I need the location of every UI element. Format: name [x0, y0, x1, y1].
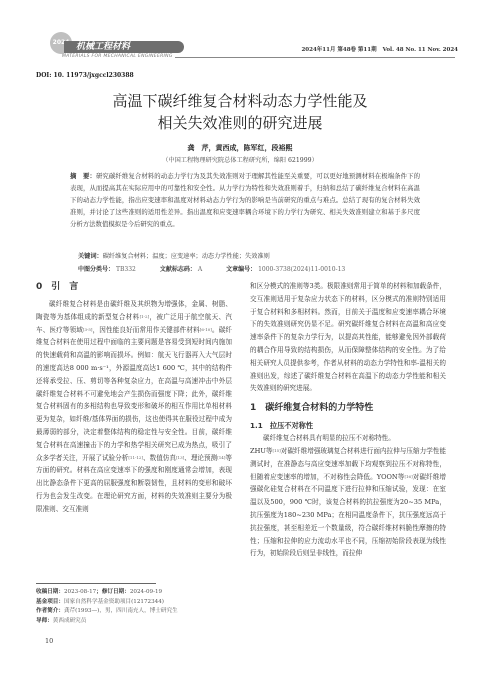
title-line-2: 相关失效准则的研究进展	[0, 112, 480, 134]
column-right: 和区分模式的准则等3类。极限准则常用于简单的材料和加载条件，交互准则适用于复杂应…	[250, 280, 446, 560]
text: 、数值仿真	[143, 454, 176, 462]
intro-paragraph: 碳纤维复合材料是由碳纤维及其织物为增强体，金属、树脂、陶瓷等为基体组成的新型复合…	[36, 298, 232, 516]
column-left: 0 引 言 碳纤维复合材料是由碳纤维及其织物为增强体，金属、树脂、陶瓷等为基体组…	[36, 280, 232, 516]
section-1-heading: 1 碳纤维复合材料的力学特性	[250, 401, 446, 415]
section-1-1-paragraph-1: 碳纤维复合材料具有明显的拉压不对称特性。	[250, 432, 446, 445]
text: 。碳纤维复合材料在使用过程中面临的主要问题是容易受到短时间内施加的快速载荷和高温…	[36, 326, 232, 462]
abstract-label: 摘 要：	[70, 172, 96, 180]
footnote-author: 作者简介：龚芹(1993—)，男，四川南充人，博士研究生	[36, 607, 178, 617]
label: 导师：	[36, 618, 53, 624]
header-divider	[175, 57, 455, 58]
affiliation: （中国工程物理研究院总体工程研究所，绵阳 621999）	[0, 155, 480, 164]
doc-code-label: 文献标志码：	[160, 266, 196, 273]
text: 对碳纤维增强碳化硅复合材料在不同温度下进行拉伸和压缩试验，发现：在室温以及500…	[250, 473, 446, 558]
label: 基金项目：	[36, 599, 64, 605]
text: 等方面的研究。材料在高应变速率下的强度和刚度通常会增加，表现出比静态条件下更高的…	[36, 454, 232, 513]
value: 黄西成研究员	[53, 618, 87, 624]
authors: 龚 芹，黄西成，陈军红，段裕熙	[0, 143, 480, 153]
citation[interactable]: [13]	[176, 455, 184, 460]
label: 收稿日期：	[36, 589, 64, 595]
value: 龚芹(1993—)，男，四川南充人，博士研究生	[64, 608, 178, 614]
footnotes: 收稿日期：2023-08-17；修订日期：2024-09-19 基金项目：国家自…	[36, 588, 178, 626]
keywords: 关键词：碳纤维复合材料；温度；应变速率；动态力学性能；失效准则	[78, 251, 270, 260]
title-line-1: 高温下碳纤维复合材料动态力学性能及	[0, 90, 480, 112]
intro-paragraph-continued: 和区分模式的准则等3类。极限准则常用于简单的材料和加载条件，交互准则适用于复杂应…	[250, 280, 446, 395]
citation[interactable]: [1-2]	[140, 314, 150, 319]
keywords-label: 关键词：	[78, 253, 103, 260]
value: 国家自然科学基金资助项目(12172344)	[64, 599, 164, 605]
doc-code-value: A	[198, 266, 202, 273]
issue-cn: 2024年11月 第48卷 第11期	[301, 47, 376, 53]
label: ；修订日期：	[96, 589, 130, 595]
text: 、理论预测	[184, 454, 217, 462]
article-no-value: 1000-3738(2024)11-0010-13	[258, 266, 345, 273]
citation[interactable]: [6-10]	[200, 327, 212, 332]
footnote-divider	[36, 583, 156, 584]
abstract: 摘 要：研究碳纤维复合材料的动态力学行为及其失效准则对于理解其性能至关重要，可以…	[70, 170, 420, 230]
section-0-heading: 0 引 言	[36, 280, 232, 294]
label: 作者简介：	[36, 608, 64, 614]
value: 2023-08-17	[64, 589, 96, 595]
footnote-fund: 基金项目：国家自然科学基金资助项目(12172344)	[36, 598, 178, 608]
clc-value: TB332	[116, 266, 136, 273]
issue-en: Vol. 48 No. 11 Nov. 2024	[383, 47, 458, 53]
value: 2024-09-19	[130, 589, 162, 595]
page-number: 10	[45, 637, 53, 645]
article-no-label: 文章编号：	[226, 266, 256, 273]
citation[interactable]: [11-12]	[128, 455, 143, 460]
keywords-text: 碳纤维复合材料；温度；应变速率；动态力学性能；失效准则	[103, 253, 270, 260]
clc-label: 中图分类号：	[78, 266, 114, 273]
section-1-1-paragraph-2: ZHU等[15]对碳纤维增强玻璃复合材料进行面内拉伸与压缩力学性能测试时，在准静…	[250, 445, 446, 560]
footnote-dates: 收稿日期：2023-08-17；修订日期：2024-09-19	[36, 588, 178, 598]
classification-line: 中图分类号：TB332 文献标志码：A 文章编号：1000-3738(2024)…	[78, 264, 345, 273]
section-1-1-heading: 1.1 拉压不对称性	[250, 419, 446, 432]
text: ，因性能良好而常用作关键部件材料	[92, 326, 199, 334]
footnote-advisor: 导师：黄西成研究员	[36, 617, 178, 627]
citation[interactable]: [15]	[273, 448, 281, 453]
article-title: 高温下碳纤维复合材料动态力学性能及 相关失效准则的研究进展	[0, 90, 480, 134]
journal-name-en: MATERIALS FOR MECHANICAL ENGINEERING	[62, 54, 173, 59]
text: ZHU等	[250, 447, 273, 455]
journal-header: 2024 机械工程材料 MATERIALS FOR MECHANICAL ENG…	[50, 32, 470, 62]
abstract-text: 研究碳纤维复合材料的动态力学行为及其失效准则对于理解其性能至关重要，可以更好地预…	[70, 172, 420, 228]
journal-name-cn: 机械工程材料	[64, 41, 184, 53]
citation[interactable]: [16]	[404, 474, 412, 479]
issue-info: 2024年11月 第48卷 第11期Vol. 48 No. 11 Nov. 20…	[295, 45, 458, 53]
doi[interactable]: DOI: 10. 11973/jxgccl230388	[36, 72, 134, 79]
